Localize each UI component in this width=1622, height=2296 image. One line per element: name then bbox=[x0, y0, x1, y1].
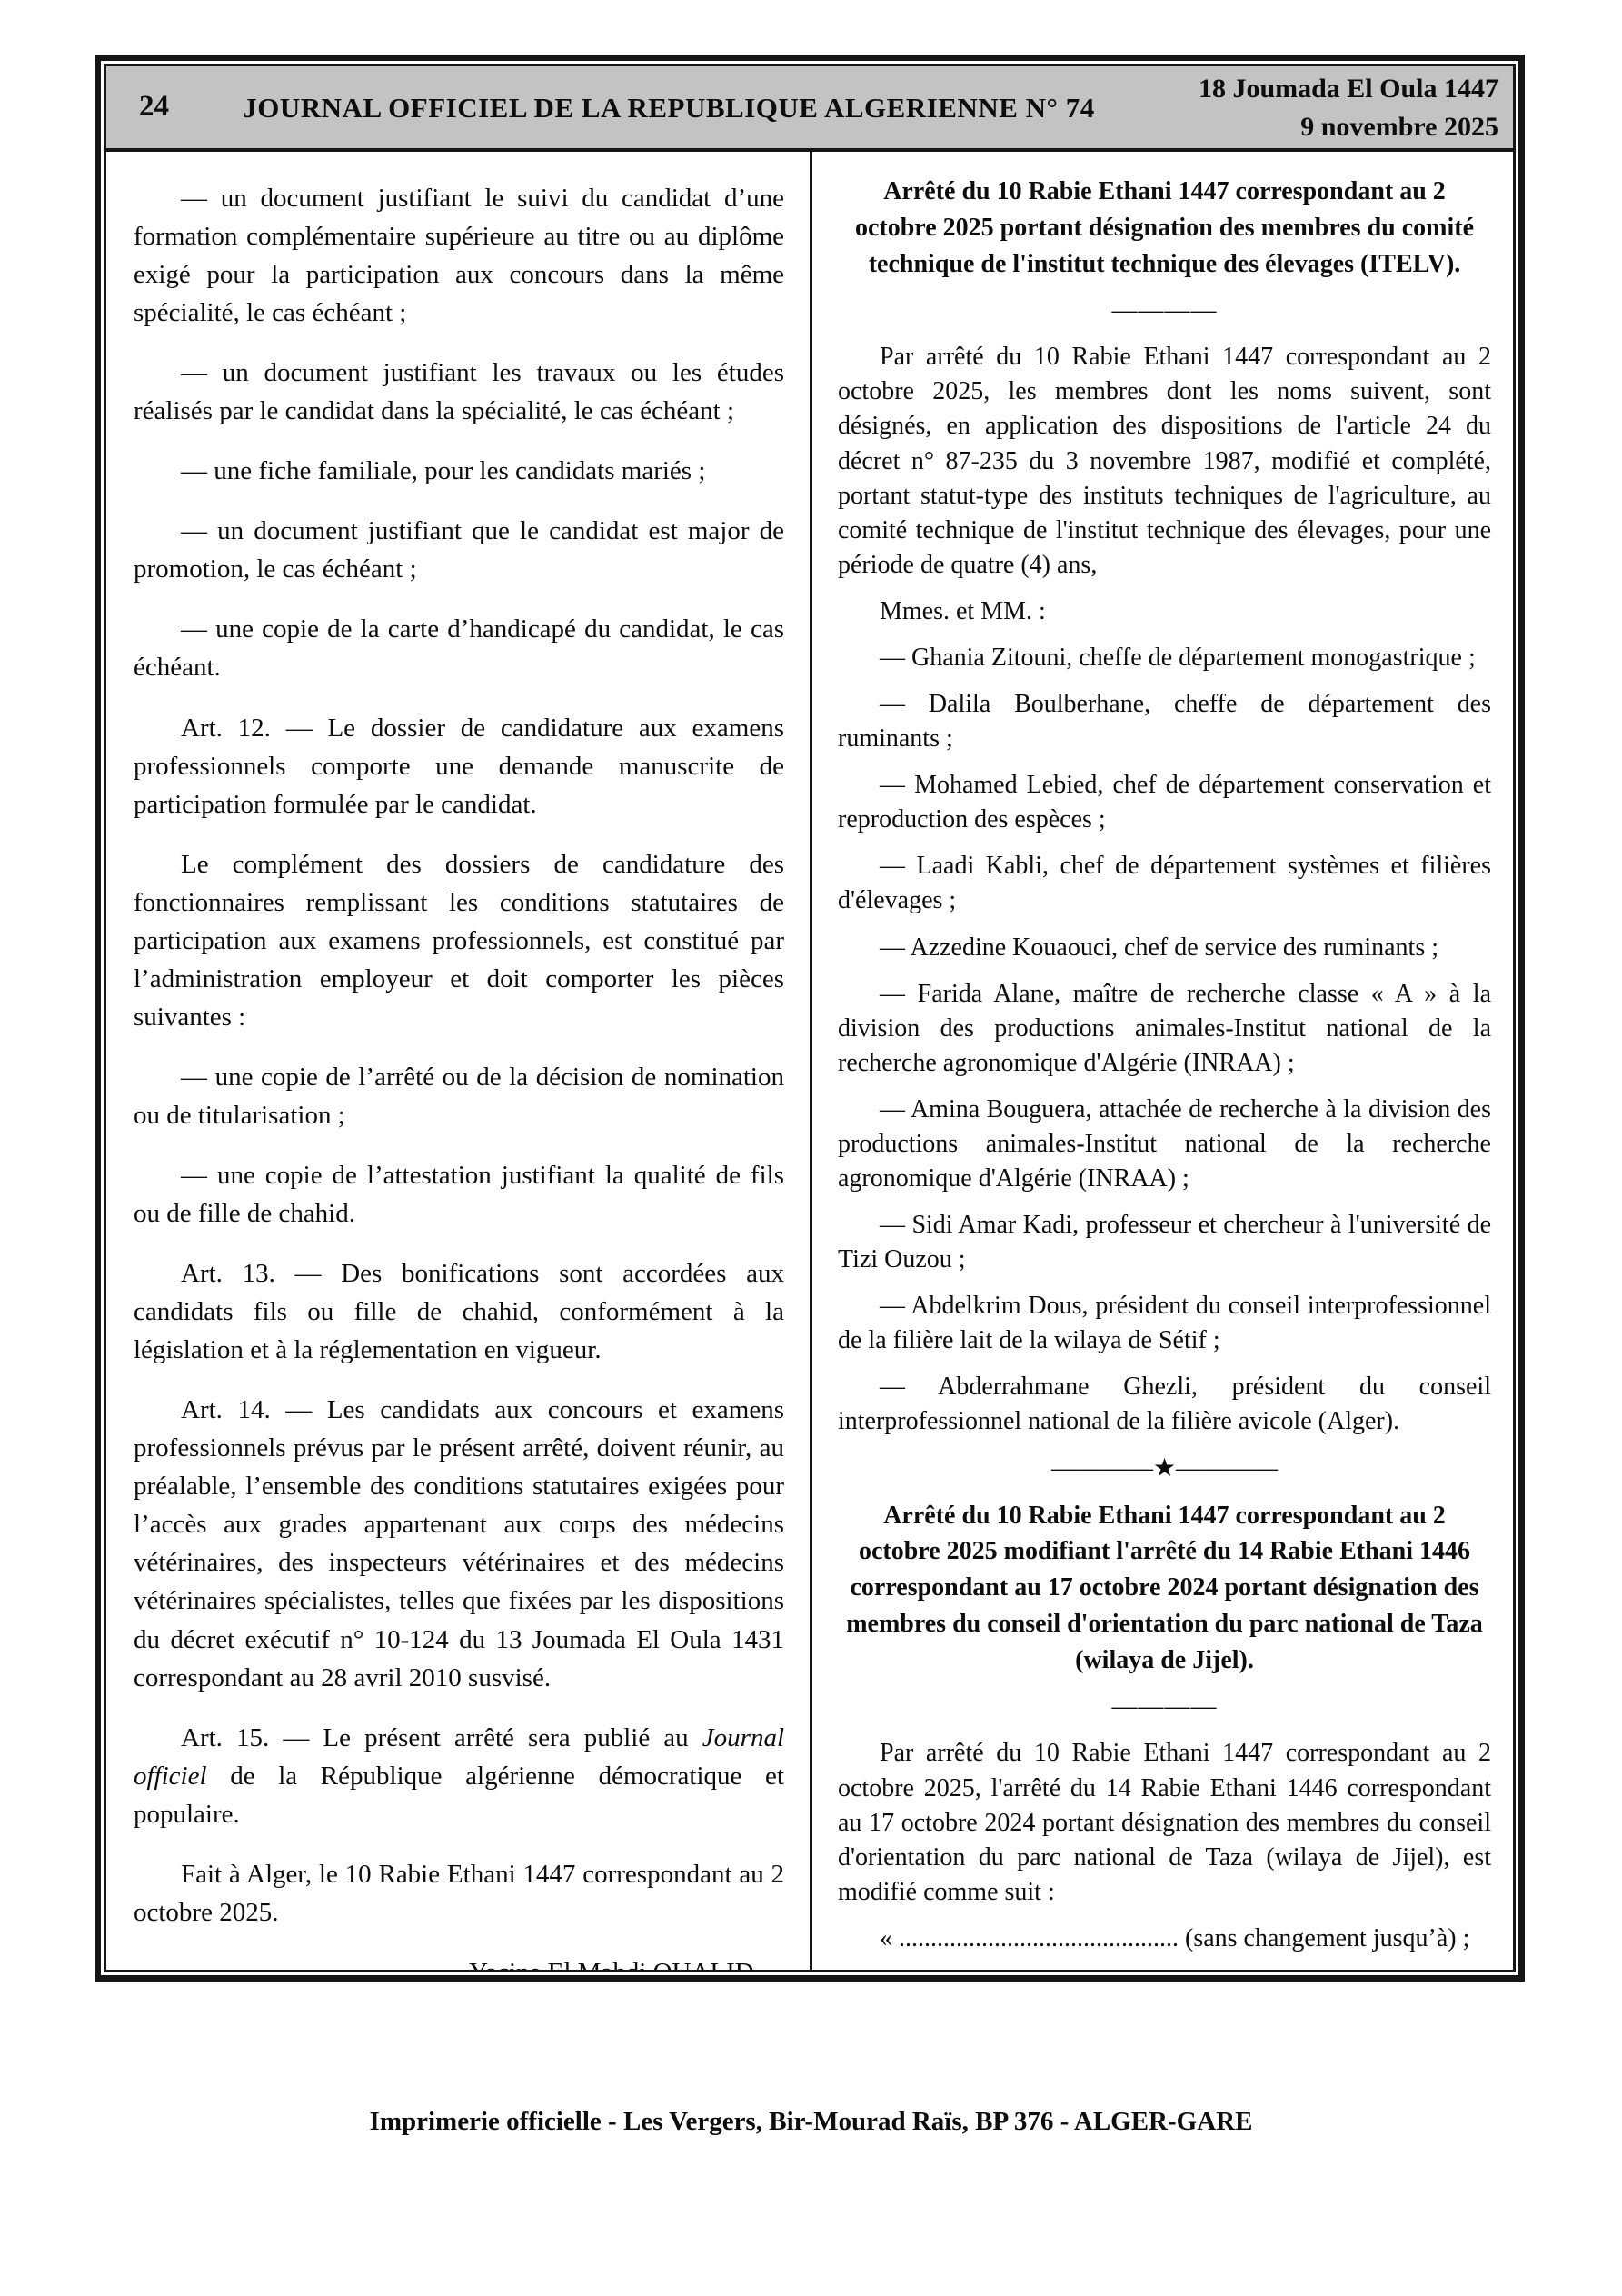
journal-title: JOURNAL OFFICIEL DE LA REPUBLIQUE ALGERI… bbox=[224, 92, 1113, 125]
paragraph: Le complément des dossiers de candidatur… bbox=[134, 845, 784, 1036]
signature: Yacine El Mahdi OUALID. bbox=[134, 1953, 784, 1970]
member-item: — Bouabdellah Belouadi, représentant du … bbox=[838, 1968, 1491, 1970]
page-frame: 24 JOURNAL OFFICIEL DE LA REPUBLIQUE ALG… bbox=[95, 55, 1525, 1982]
member-item: — Azzedine Kouaouci, chef de service des… bbox=[838, 931, 1491, 965]
star-separator: ————★———— bbox=[838, 1452, 1491, 1486]
page-inner-frame: 24 JOURNAL OFFICIEL DE LA REPUBLIQUE ALG… bbox=[104, 64, 1516, 1972]
separator: ———— bbox=[838, 294, 1491, 328]
dash-item: — une copie de l’attestation justifiant … bbox=[134, 1156, 784, 1233]
member-item: — Dalila Boulberhane, cheffe de départem… bbox=[838, 687, 1491, 756]
dash-item: — une copie de l’arrêté ou de la décisio… bbox=[134, 1058, 784, 1134]
dash-item: — un document justifiant que le candidat… bbox=[134, 512, 784, 588]
paragraph: Par arrêté du 10 Rabie Ethani 1447 corre… bbox=[838, 340, 1491, 583]
page-header: 24 JOURNAL OFFICIEL DE LA REPUBLIQUE ALG… bbox=[106, 66, 1513, 152]
member-item: — Farida Alane, maître de recherche clas… bbox=[838, 977, 1491, 1081]
left-column: — un document justifiant le suivi du can… bbox=[106, 152, 810, 1970]
member-item: — Amina Bouguera, attachée de recherche … bbox=[838, 1093, 1491, 1196]
separator: ———— bbox=[838, 1690, 1491, 1724]
paragraph: Mmes. et MM. : bbox=[838, 594, 1491, 629]
member-item: — Abderrahmane Ghezli, président du cons… bbox=[838, 1370, 1491, 1439]
member-item: — Sidi Amar Kadi, professeur et chercheu… bbox=[838, 1208, 1491, 1277]
page-number: 24 bbox=[139, 90, 169, 124]
article-15: Art. 15. — Le présent arrêté sera publié… bbox=[134, 1719, 784, 1833]
page-content: — un document justifiant le suivi du can… bbox=[106, 152, 1513, 1970]
member-item: — Ghania Zitouni, cheffe de département … bbox=[838, 641, 1491, 675]
dash-item: — un document justifiant les travaux ou … bbox=[134, 354, 784, 430]
article-13: Art. 13. — Des bonifications sont accord… bbox=[134, 1254, 784, 1369]
article-12: Art. 12. — Le dossier de candidature aux… bbox=[134, 709, 784, 824]
date-place: Fait à Alger, le 10 Rabie Ethani 1447 co… bbox=[134, 1855, 784, 1932]
dash-item: — une fiche familiale, pour les candidat… bbox=[134, 452, 784, 490]
article-14: Art. 14. — Les candidats aux concours et… bbox=[134, 1391, 784, 1696]
dash-item: — un document justifiant le suivi du can… bbox=[134, 179, 784, 332]
member-item: — Laadi Kabli, chef de département systè… bbox=[838, 849, 1491, 918]
arrete-title-taza: Arrêté du 10 Rabie Ethani 1447 correspon… bbox=[838, 1498, 1491, 1679]
gregorian-date: 9 novembre 2025 bbox=[1199, 108, 1498, 146]
dash-item: — une copie de la carte d’handicapé du c… bbox=[134, 610, 784, 686]
arrete-title-itelv: Arrêté du 10 Rabie Ethani 1447 correspon… bbox=[838, 174, 1491, 282]
footer-imprint: Imprimerie officielle - Les Vergers, Bir… bbox=[0, 2107, 1622, 2137]
issue-dates: 18 Joumada El Oula 1447 9 novembre 2025 bbox=[1199, 70, 1498, 146]
member-item: — Abdelkrim Dous, président du conseil i… bbox=[838, 1289, 1491, 1358]
hijri-date: 18 Joumada El Oula 1447 bbox=[1199, 70, 1498, 108]
right-column: Arrêté du 10 Rabie Ethani 1447 correspon… bbox=[810, 152, 1513, 1970]
ellipsis-line: « ......................................… bbox=[838, 1922, 1491, 1956]
paragraph: Par arrêté du 10 Rabie Ethani 1447 corre… bbox=[838, 1736, 1491, 1909]
member-item: — Mohamed Lebied, chef de département co… bbox=[838, 768, 1491, 837]
